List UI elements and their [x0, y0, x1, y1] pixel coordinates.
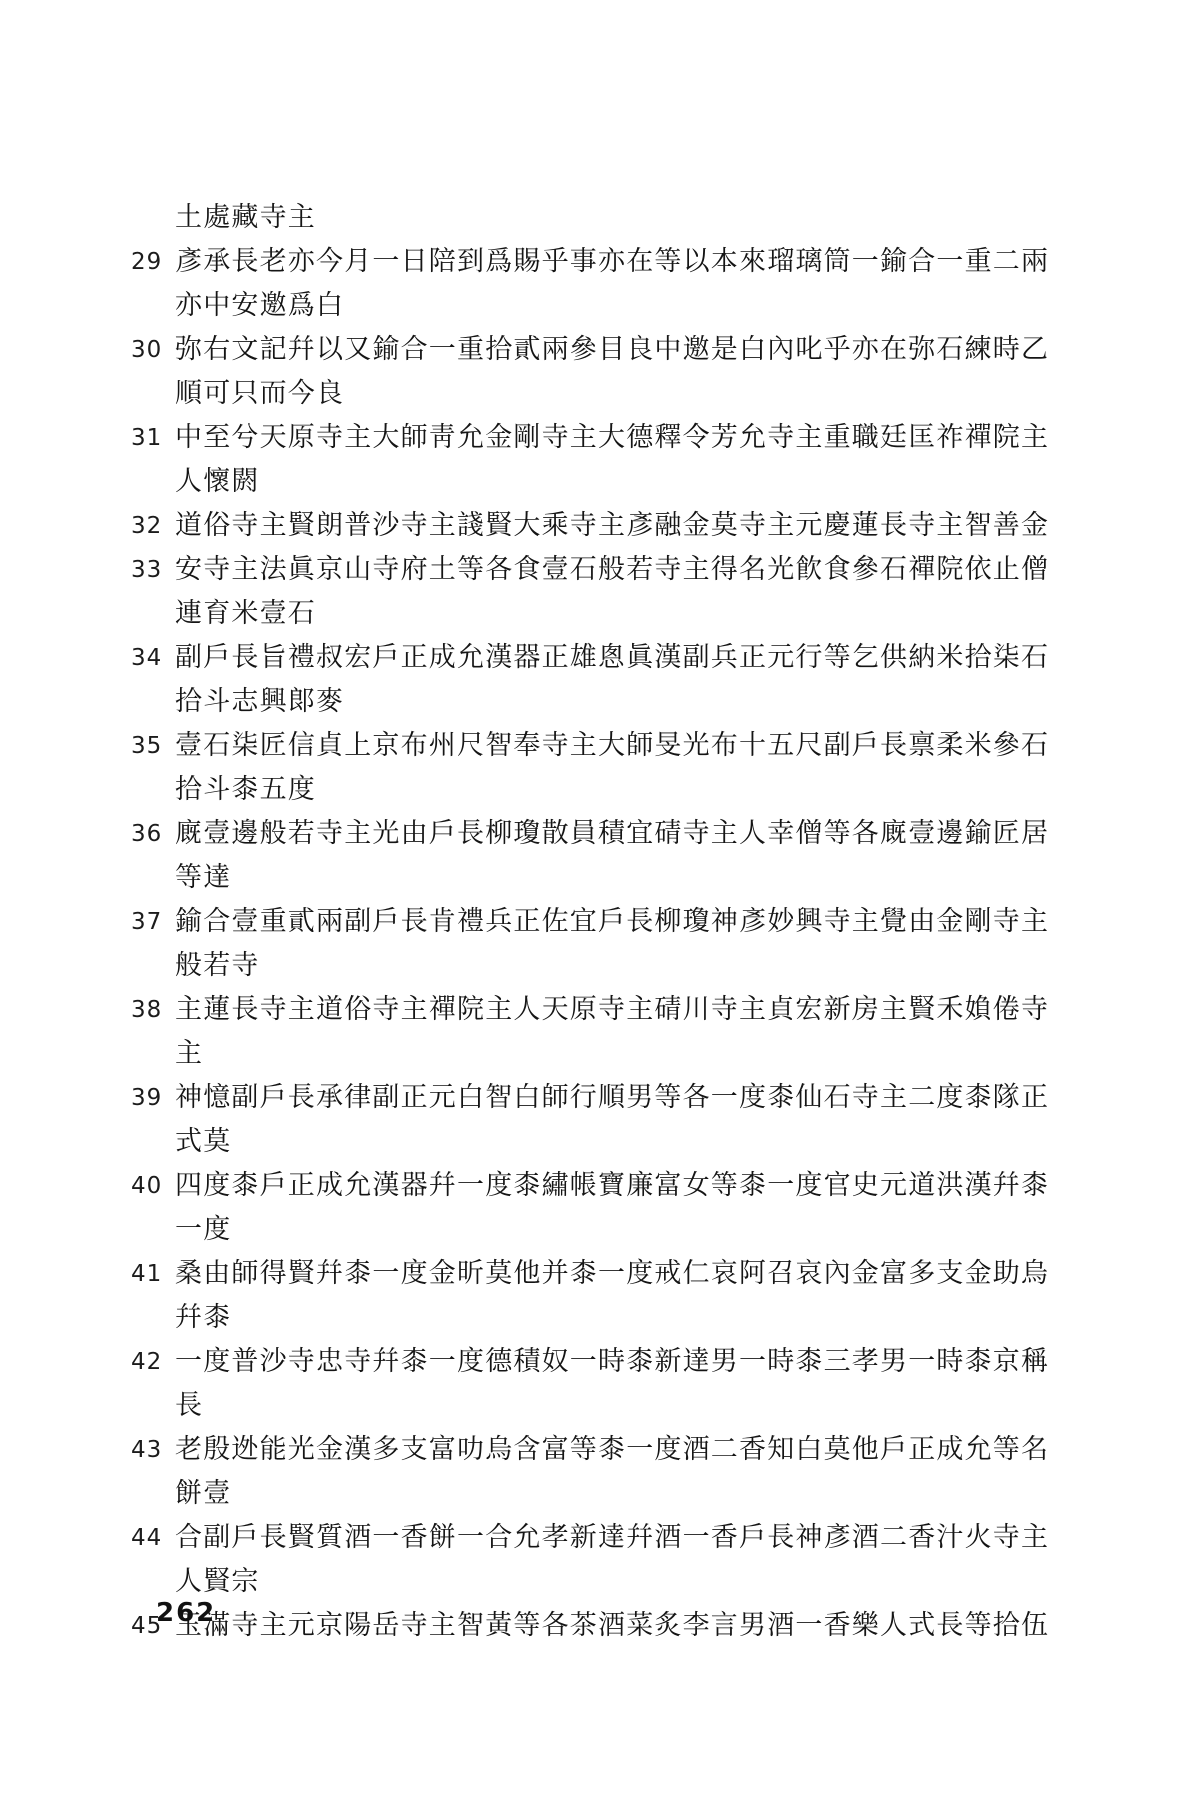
entry-row: 45玉滿寺主元京陽岳寺主智黃等各茶酒菜炙李言男酒一香樂人式長等拾伍: [131, 1604, 1056, 1648]
entry-line-2: 亦中安邀爲白: [175, 284, 1056, 328]
line-number: 35: [131, 724, 175, 768]
line-number: 36: [131, 812, 175, 856]
entry-line-2: 人懷閼: [175, 460, 1056, 504]
scanned-document-page: 土處藏寺主 29彥承長老亦今月一日陪到爲賜乎事亦在等以本來瑠璃筒一鍮合一重二兩亦…: [0, 0, 1200, 1800]
entry-row: 37鍮合壹重貳兩副戶長肯禮兵正佐宜戶長柳瓊神彥妙興寺主覺由金剛寺主般若寺: [131, 900, 1056, 988]
entry-line-1: 老殷迯能光金漢多支富叻烏含富等桼一度酒二香知白莫他戶正成允等名: [175, 1428, 1056, 1472]
line-number: 41: [131, 1252, 175, 1296]
line-number: 38: [131, 988, 175, 1032]
entry-text: 神憶副戶長承律副正元白智白師行順男等各一度桼仙石寺主二度桼隊正式莫: [175, 1076, 1056, 1164]
entry-text: 一度普沙寺忠寺幷桼一度德積奴一時桼新達男一時桼三孝男一時桼京稱長: [175, 1340, 1056, 1428]
line-number: 31: [131, 416, 175, 460]
line-number: 29: [131, 240, 175, 284]
entry-row: 44合副戶長賢質酒一香餅一合允孝新達幷酒一香戶長神彥酒二香汁火寺主人賢宗: [131, 1516, 1056, 1604]
entry-row: 33安寺主法眞京山寺府土等各食壹石般若寺主得名光飮食參石禪院依止僧連育米壹石: [131, 548, 1056, 636]
entry-line-1: 合副戶長賢質酒一香餅一合允孝新達幷酒一香戶長神彥酒二香汁火寺主: [175, 1516, 1056, 1560]
entry-line-1: 主蓮長寺主道俗寺主禪院主人天原寺主碃川寺主貞宏新房主賢禾媍倦寺: [175, 988, 1056, 1032]
entry-line-1: 副戶長旨禮叔宏戶正成允漢器正雄悤眞漢副兵正元行等乞供納米拾柒石: [175, 636, 1056, 680]
line-number: 42: [131, 1340, 175, 1384]
entry-line-1: 弥右文記幷以又鍮合一重拾貳兩參目良中邀是白內叱乎亦在弥石練時乙: [175, 328, 1056, 372]
entry-row: 38主蓮長寺主道俗寺主禪院主人天原寺主碃川寺主貞宏新房主賢禾媍倦寺主: [131, 988, 1056, 1076]
entry-line-1: 中至兮天原寺主大師靑允金剛寺主大德釋令芳允寺主重職廷匡祚禪院主: [175, 416, 1056, 460]
continuation-line-text: 土處藏寺主: [175, 196, 1056, 240]
entry-line-2: 一度: [175, 1208, 1056, 1252]
entry-line-2: 人賢宗: [175, 1560, 1056, 1604]
entry-line-1: 桑由師得賢幷桼一度金昕莫他并桼一度戒仁哀阿召哀內金富多支金助烏: [175, 1252, 1056, 1296]
page-number: 262: [156, 1598, 216, 1628]
entry-row: 40四度桼戶正成允漢器幷一度桼繡帳寶廉富女等桼一度官史元道洪漢幷桼一度: [131, 1164, 1056, 1252]
entry-line-1: 安寺主法眞京山寺府土等各食壹石般若寺主得名光飮食參石禪院依止僧: [175, 548, 1056, 592]
entry-text: 弥右文記幷以又鍮合一重拾貳兩參目良中邀是白內叱乎亦在弥石練時乙順可只而今良: [175, 328, 1056, 416]
entry-row: 32道俗寺主賢朗普沙寺主諓賢大乘寺主彥融金莫寺主元慶蓮長寺主智善金: [131, 504, 1056, 548]
entry-line-1: 彥承長老亦今月一日陪到爲賜乎事亦在等以本來瑠璃筒一鍮合一重二兩: [175, 240, 1056, 284]
entry-line-1: 四度桼戶正成允漢器幷一度桼繡帳寶廉富女等桼一度官史元道洪漢幷桼: [175, 1164, 1056, 1208]
entry-line-2: 長: [175, 1384, 1056, 1428]
entry-text: 道俗寺主賢朗普沙寺主諓賢大乘寺主彥融金莫寺主元慶蓮長寺主智善金: [175, 504, 1056, 548]
entry-line-1: 鍮合壹重貳兩副戶長肯禮兵正佐宜戶長柳瓊神彥妙興寺主覺由金剛寺主: [175, 900, 1056, 944]
line-number: 30: [131, 328, 175, 372]
line-number: 32: [131, 504, 175, 548]
entry-text: 中至兮天原寺主大師靑允金剛寺主大德釋令芳允寺主重職廷匡祚禪院主人懷閼: [175, 416, 1056, 504]
entry-line-2: 順可只而今良: [175, 372, 1056, 416]
entry-text: 桑由師得賢幷桼一度金昕莫他并桼一度戒仁哀阿召哀內金富多支金助烏幷桼: [175, 1252, 1056, 1340]
entry-text: 四度桼戶正成允漢器幷一度桼繡帳寶廉富女等桼一度官史元道洪漢幷桼一度: [175, 1164, 1056, 1252]
entry-text: 合副戶長賢質酒一香餅一合允孝新達幷酒一香戶長神彥酒二香汁火寺主人賢宗: [175, 1516, 1056, 1604]
entry-text: 老殷迯能光金漢多支富叻烏含富等桼一度酒二香知白莫他戶正成允等名餅壹: [175, 1428, 1056, 1516]
entry-text: 壹石柒匠信貞上京布州尺智奉寺主大師旻光布十五尺副戶長禀柔米參石拾斗桼五度: [175, 724, 1056, 812]
entry-row: 35壹石柒匠信貞上京布州尺智奉寺主大師旻光布十五尺副戶長禀柔米參石拾斗桼五度: [131, 724, 1056, 812]
entry-row: 43老殷迯能光金漢多支富叻烏含富等桼一度酒二香知白莫他戶正成允等名餅壹: [131, 1428, 1056, 1516]
line-number: 43: [131, 1428, 175, 1472]
entry-text: 玉滿寺主元京陽岳寺主智黃等各茶酒菜炙李言男酒一香樂人式長等拾伍: [175, 1604, 1056, 1648]
numbered-entries: 29彥承長老亦今月一日陪到爲賜乎事亦在等以本來瑠璃筒一鍮合一重二兩亦中安邀爲白3…: [131, 240, 1056, 1648]
entry-row: 30弥右文記幷以又鍮合一重拾貳兩參目良中邀是白內叱乎亦在弥石練時乙順可只而今良: [131, 328, 1056, 416]
line-number: 40: [131, 1164, 175, 1208]
entry-line-2: 拾斗志興郞麥: [175, 680, 1056, 724]
entry-line-2: 等達: [175, 856, 1056, 900]
entry-line-2: 式莫: [175, 1120, 1056, 1164]
line-number: 39: [131, 1076, 175, 1120]
entry-row: 36廐壹邊般若寺主光由戶長柳瓊散員積宜碃寺主人幸僧等各廐壹邊鍮匠居等達: [131, 812, 1056, 900]
entry-line-1: 廐壹邊般若寺主光由戶長柳瓊散員積宜碃寺主人幸僧等各廐壹邊鍮匠居: [175, 812, 1056, 856]
entry-line-1: 壹石柒匠信貞上京布州尺智奉寺主大師旻光布十五尺副戶長禀柔米參石: [175, 724, 1056, 768]
entry-line-1: 道俗寺主賢朗普沙寺主諓賢大乘寺主彥融金莫寺主元慶蓮長寺主智善金: [175, 504, 1056, 548]
entry-line-2: 拾斗桼五度: [175, 768, 1056, 812]
line-number: 44: [131, 1516, 175, 1560]
line-number: 37: [131, 900, 175, 944]
text-block: 土處藏寺主 29彥承長老亦今月一日陪到爲賜乎事亦在等以本來瑠璃筒一鍮合一重二兩亦…: [131, 196, 1056, 1648]
entry-line-1: 神憶副戶長承律副正元白智白師行順男等各一度桼仙石寺主二度桼隊正: [175, 1076, 1056, 1120]
entry-line-2: 幷桼: [175, 1296, 1056, 1340]
continuation-row: 土處藏寺主: [131, 196, 1056, 240]
entry-row: 34副戶長旨禮叔宏戶正成允漢器正雄悤眞漢副兵正元行等乞供納米拾柒石拾斗志興郞麥: [131, 636, 1056, 724]
entry-line-1: 玉滿寺主元京陽岳寺主智黃等各茶酒菜炙李言男酒一香樂人式長等拾伍: [175, 1604, 1056, 1648]
entry-row: 31中至兮天原寺主大師靑允金剛寺主大德釋令芳允寺主重職廷匡祚禪院主人懷閼: [131, 416, 1056, 504]
entry-line-2: 般若寺: [175, 944, 1056, 988]
entry-text: 彥承長老亦今月一日陪到爲賜乎事亦在等以本來瑠璃筒一鍮合一重二兩亦中安邀爲白: [175, 240, 1056, 328]
entry-row: 29彥承長老亦今月一日陪到爲賜乎事亦在等以本來瑠璃筒一鍮合一重二兩亦中安邀爲白: [131, 240, 1056, 328]
entry-line-2: 餅壹: [175, 1472, 1056, 1516]
entry-text: 副戶長旨禮叔宏戶正成允漢器正雄悤眞漢副兵正元行等乞供納米拾柒石拾斗志興郞麥: [175, 636, 1056, 724]
entry-line-1: 一度普沙寺忠寺幷桼一度德積奴一時桼新達男一時桼三孝男一時桼京稱: [175, 1340, 1056, 1384]
entry-text: 主蓮長寺主道俗寺主禪院主人天原寺主碃川寺主貞宏新房主賢禾媍倦寺主: [175, 988, 1056, 1076]
entry-row: 42一度普沙寺忠寺幷桼一度德積奴一時桼新達男一時桼三孝男一時桼京稱長: [131, 1340, 1056, 1428]
line-number: 34: [131, 636, 175, 680]
entry-text: 鍮合壹重貳兩副戶長肯禮兵正佐宜戶長柳瓊神彥妙興寺主覺由金剛寺主般若寺: [175, 900, 1056, 988]
line-number: 33: [131, 548, 175, 592]
entry-text: 廐壹邊般若寺主光由戶長柳瓊散員積宜碃寺主人幸僧等各廐壹邊鍮匠居等達: [175, 812, 1056, 900]
entry-line-2: 連育米壹石: [175, 592, 1056, 636]
entry-text: 安寺主法眞京山寺府土等各食壹石般若寺主得名光飮食參石禪院依止僧連育米壹石: [175, 548, 1056, 636]
entry-row: 41桑由師得賢幷桼一度金昕莫他并桼一度戒仁哀阿召哀內金富多支金助烏幷桼: [131, 1252, 1056, 1340]
entry-line-2: 主: [175, 1032, 1056, 1076]
entry-row: 39神憶副戶長承律副正元白智白師行順男等各一度桼仙石寺主二度桼隊正式莫: [131, 1076, 1056, 1164]
